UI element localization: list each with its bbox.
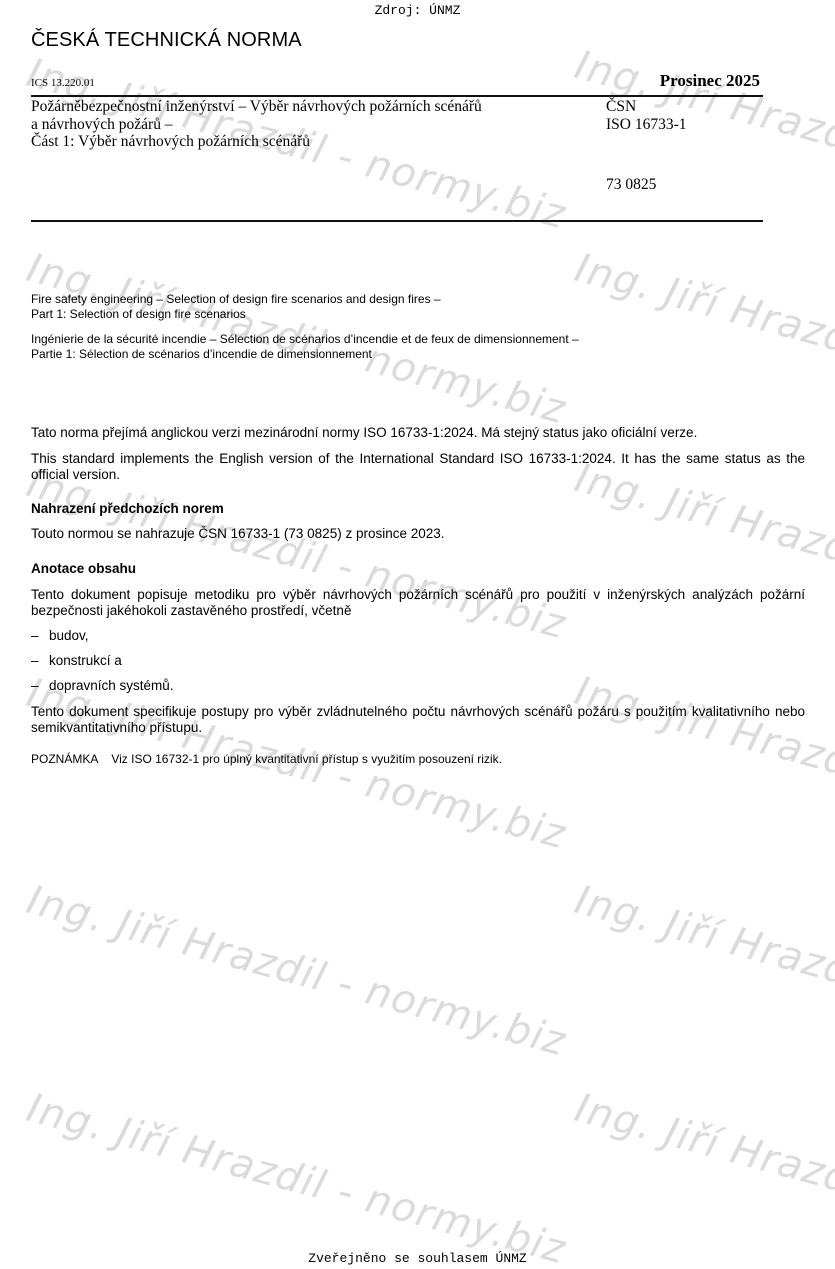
- note-label: POZNÁMKA: [31, 752, 98, 766]
- list-item: –konstrukcí a: [31, 653, 122, 668]
- adoption-statement-cz: Tato norma přejímá anglickou verzi mezin…: [31, 425, 805, 441]
- czech-title-line: Část 1: Výběr návrhových požárních scéná…: [31, 133, 591, 151]
- replacement-text: Touto normou se nahrazuje ČSN 16733-1 (7…: [31, 526, 805, 542]
- list-item-text: dopravních systémů.: [49, 678, 174, 693]
- note-text: Viz ISO 16732-1 pro úplný kvantitativní …: [111, 752, 502, 766]
- french-title-line: Ingénierie de la sécurité incendie – Sél…: [31, 332, 579, 347]
- classification-code: 73 0825: [606, 176, 656, 194]
- watermark: Ing. Jiří Hrazdil - normy.biz: [22, 1085, 571, 1269]
- watermark: Ing. Jiří Hrazdil - normy.biz: [570, 668, 835, 856]
- top-rule: [31, 95, 763, 97]
- iso-number: ISO 16733-1: [606, 116, 687, 134]
- english-title: Fire safety engineering – Selection of d…: [31, 292, 441, 321]
- list-item: –budov,: [31, 628, 89, 643]
- watermark: Ing. Jiří Hrazdil - normy.biz: [570, 1085, 835, 1269]
- norm-type-title: ČESKÁ TECHNICKÁ NORMA: [31, 29, 302, 52]
- english-title-line: Fire safety engineering – Selection of d…: [31, 292, 441, 307]
- list-item: –dopravních systémů.: [31, 678, 174, 693]
- list-dash: –: [31, 653, 49, 668]
- replacement-heading: Nahrazení předchozích norem: [31, 501, 805, 517]
- csn-label: ČSN: [606, 98, 687, 116]
- watermark: Ing. Jiří Hrazdil - normy.biz: [570, 877, 835, 1065]
- annotation-specification: Tento dokument specifikuje postupy pro v…: [31, 704, 805, 736]
- czech-title-line: Požárněbezpečnostní inženýrství – Výběr …: [31, 98, 591, 116]
- note: POZNÁMKAViz ISO 16732-1 pro úplný kvanti…: [31, 752, 502, 766]
- list-item-text: budov,: [49, 628, 89, 643]
- french-title: Ingénierie de la sécurité incendie – Sél…: [31, 332, 579, 361]
- adoption-statement-en: This standard implements the English ver…: [31, 451, 805, 483]
- ics-code: ICS 13.220.01: [31, 77, 95, 89]
- list-dash: –: [31, 628, 49, 643]
- list-dash: –: [31, 678, 49, 693]
- watermark: Ing. Jiří Hrazdil - normy.biz: [22, 460, 571, 648]
- czech-title: Požárněbezpečnostní inženýrství – Výběr …: [31, 98, 591, 151]
- watermark: Ing. Jiří Hrazdil - normy.biz: [22, 877, 571, 1065]
- french-title-line: Partie 1: Sélection de scénarios d’incen…: [31, 347, 579, 362]
- source-line: Zdroj: ÚNMZ: [0, 3, 835, 18]
- english-title-line: Part 1: Selection of design fire scenari…: [31, 307, 441, 322]
- bottom-rule: [31, 220, 763, 222]
- footer-consent: Zveřejněno se souhlasem ÚNMZ: [0, 1251, 835, 1266]
- list-item-text: konstrukcí a: [49, 653, 122, 668]
- czech-title-line: a návrhových požárů –: [31, 116, 591, 134]
- standard-designation: ČSN ISO 16733-1: [606, 98, 687, 133]
- publication-date: Prosinec 2025: [580, 71, 760, 91]
- annotation-heading: Anotace obsahu: [31, 561, 805, 577]
- watermark: Ing. Jiří Hrazdil - normy.biz: [570, 245, 835, 433]
- annotation-intro: Tento dokument popisuje metodiku pro výb…: [31, 587, 805, 619]
